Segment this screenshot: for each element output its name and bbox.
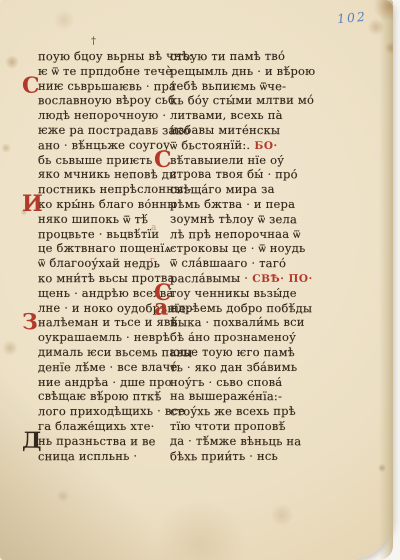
line-text: свѣща́го мира за — [170, 182, 275, 196]
manuscript-page: 102 † поую бцоу вьрны вѣ чнѣ:ѥ ѿ те прпд… — [0, 0, 393, 560]
rubric-initial: а — [154, 296, 169, 318]
line-text: денїе лѣ́ме · все влаче́ — [38, 359, 178, 373]
line-text: расла́вымы · — [170, 271, 248, 285]
rubric-text: СВѢ· ПО· — [248, 273, 313, 285]
manuscript-line: оукрашаемль · неврѣ — [38, 330, 168, 345]
manuscript-line: денїе лѣ́ме · все влаче́ — [38, 360, 168, 375]
manuscript-line: ныка · похвали́мь вси — [170, 315, 322, 330]
manuscript-line: тебѣ вьпиѥмь ѿче- — [170, 78, 322, 93]
manuscript-line: ть · яко дан зба́вимь — [170, 359, 322, 374]
cross-mark: † — [91, 36, 96, 47]
line-text: ѿ бьстоянїй:. — [170, 138, 250, 152]
line-text: свѣщаѥ вѣ́рою пткѣ́ — [38, 389, 162, 404]
line-text: сница испльнь · — [38, 448, 137, 462]
manuscript-line: стоу́хь же всехь прѣ — [170, 404, 322, 419]
line-text: ѿ благооу́хай недрь — [38, 256, 160, 271]
line-text: ко кры́нь благо во́нны — [38, 197, 177, 211]
manuscript-line: Стоу ченникы вьзы́де — [170, 286, 322, 301]
line-text: юще тоую ѥго памѣ — [170, 345, 295, 360]
manuscript-line: ѿ бьстоянїй:. БО· — [170, 138, 322, 153]
line-text: вѣ́тавыиели нїе оу́ — [170, 153, 284, 167]
manuscript-line: Зналѣеман и тьсе и явѣ́ — [38, 315, 168, 330]
line-text: кь бо́у сты́ми млтви мо́ — [170, 93, 314, 108]
line-text: ноу́гь · сьво спова́ — [170, 375, 282, 389]
folio-number: 102 — [336, 9, 367, 27]
line-text: вославноую вѣроу сьб — [38, 93, 175, 107]
line-text: зоумнѣ тѣлоу ѿ зела — [170, 211, 297, 226]
manuscript-line: Днь празньства и ве — [38, 433, 168, 448]
manuscript-line: ѥже ра пострадавь за́ко — [38, 123, 168, 138]
manuscript-line: ано · вѣ́нцьже соугоу — [38, 138, 168, 153]
manuscript-line: избавы мите́нскы — [170, 123, 322, 138]
gutter-mark: а — [151, 224, 156, 233]
manuscript-line: литвами, всехь па̀ — [170, 108, 322, 123]
manuscript-line: ноу́гь · сьво спова́ — [170, 375, 322, 390]
manuscript-line: строковы це · ѿ ноудь — [170, 241, 322, 256]
manuscript-line: стоую ти памѣ тво́ — [170, 49, 322, 64]
rubric-initial: З — [22, 312, 38, 334]
manuscript-line: Ико кры́нь благо во́нны — [38, 197, 168, 212]
line-text: няко шипокь ѿ тѣ́ — [38, 211, 148, 225]
manuscript-line: свѣщаѥ вѣ́рою пткѣ́ — [38, 389, 168, 404]
line-text: ндрѣемь добро побѣ́ды — [170, 300, 312, 315]
line-text: тоу ченникы вьзы́де — [170, 286, 297, 300]
line-text: да · тѣ́мже вѣньць на — [170, 433, 301, 448]
manuscript-line: ко мни́тѣ вьсы протва — [38, 271, 168, 286]
text-column-left: поую бцоу вьрны вѣ чнѣ:ѥ ѿ те прпдобне т… — [38, 49, 168, 463]
manuscript-line: ѿ благооу́хай недрь — [38, 256, 168, 271]
line-text: литвами, всехь па̀ — [170, 108, 283, 122]
manuscript-line: на вышераже́нїа:- — [170, 389, 322, 404]
manuscript-line: процвьте · вьцвѣ́тїи — [38, 226, 168, 241]
line-text: рѣмь бжтва · и пера — [170, 197, 295, 211]
line-text: процвьте · вьцвѣ́тїи — [38, 226, 159, 240]
manuscript-line: лѣ прѣ непорочнаа ѿ — [170, 226, 322, 241]
manuscript-line: строва твоя бы́ · про́ — [170, 167, 322, 182]
line-text: ѥже ра пострадавь за́ко — [38, 123, 190, 138]
gutter-mark: ѕ — [154, 126, 159, 135]
deckle-edge — [379, 0, 393, 560]
manuscript-line: бѣхь прии́ть · нсь — [170, 448, 322, 463]
manuscript-line: ѿ сла́вшааго · таго́ — [170, 256, 322, 271]
manuscript-line: вославноую вѣроу сьб — [38, 93, 168, 108]
manuscript-line: рещымль днь · и вѣ́рою — [170, 64, 322, 79]
manuscript-line: свѣща́го мира за — [170, 182, 322, 197]
line-text: бь сьвыше приѥть · — [38, 153, 160, 167]
line-text: тебѣ вьпиѥмь ѿче- — [170, 78, 286, 93]
manuscript-line: постникь непрѣслонны:- — [38, 182, 168, 197]
manuscript-line: юще тоую ѥго памѣ — [170, 345, 322, 360]
line-text: тїю чтоти проповѣ́ — [170, 419, 286, 433]
manuscript-line: тїю чтоти проповѣ́ — [170, 419, 322, 434]
manuscript-line: кь бо́у сты́ми млтви мо́ — [170, 93, 322, 108]
line-text: бѣ а́но прознаменоу́ — [170, 330, 296, 344]
line-text: це бжтвнаго пощенїѧ· — [38, 241, 175, 255]
line-text: ано · вѣ́нцьже соугоу — [38, 138, 170, 152]
manuscript-line: Свѣ́тавыиели нїе оу́ — [170, 153, 322, 168]
gutter-mark: г — [150, 257, 155, 266]
line-text: нь празньства и ве — [38, 433, 156, 448]
manuscript-line: рѣмь бжтва · и пера — [170, 197, 322, 212]
line-text: стоу́хь же всехь прѣ — [170, 404, 296, 418]
manuscript-line: дималь ѥси вьсемь павы — [38, 345, 168, 360]
manuscript-line: няко шипокь ѿ тѣ́ — [38, 211, 168, 226]
manuscript-line: га блаже́щихь хте· — [38, 419, 168, 434]
line-text: постникь непрѣслонны:- — [38, 182, 192, 197]
line-text: избавы мите́нскы — [170, 123, 280, 137]
manuscript-line: андрѣемь добро побѣ́ды — [170, 300, 322, 315]
line-text: оукрашаемль · неврѣ — [38, 330, 170, 344]
line-text: строва твоя бы́ · про́ — [170, 167, 298, 182]
manuscript-line: лого приходѣщихь · все — [38, 404, 168, 419]
line-text: ниѥ сьврьшаѥвь · пра́ — [38, 78, 176, 93]
line-text: на вышераже́нїа:- — [170, 389, 282, 403]
rubric-text: БО· — [250, 140, 277, 152]
manuscript-line: ѥ ѿ те прпдобне течѐ — [38, 64, 168, 79]
manuscript-line: лне · и ноко оудобрѣнїе:- — [38, 300, 168, 315]
line-text: ныка · похвали́мь вси — [170, 315, 305, 329]
manuscript-line: людѣ непорочноую · — [38, 108, 168, 123]
manuscript-line: да · тѣ́мже вѣньць на — [170, 433, 322, 448]
rubric-initial: Д — [22, 429, 42, 451]
manuscript-line: щень · андрѣю всехва́ — [38, 286, 168, 301]
manuscript-line: ние андрѣа · дше про — [38, 375, 168, 390]
line-text: ѥ ѿ те прпдобне течѐ — [38, 64, 172, 78]
line-text: лого приходѣщихь · все — [38, 404, 185, 419]
line-text: ѿ сла́вшааго · таго́ — [170, 256, 286, 271]
manuscript-line: поую бцоу вьрны вѣ чнѣ: — [38, 49, 168, 64]
line-text: людѣ непорочноую · — [38, 108, 166, 122]
line-text: ть · яко дан зба́вимь — [170, 360, 297, 374]
line-text: лѣ прѣ непорочнаа ѿ — [170, 226, 301, 240]
line-text: бѣхь прии́ть · нсь — [170, 448, 278, 462]
line-text: строковы це · ѿ ноудь — [170, 241, 305, 255]
manuscript-line: бь сьвыше приѥть · — [38, 153, 168, 168]
manuscript-line: яко мчникь неповѣ ди — [38, 167, 168, 182]
line-text: га блаже́щихь хте· — [38, 419, 154, 433]
manuscript-line: це бжтвнаго пощенїѧ· — [38, 241, 168, 256]
text-column-right: стоую ти памѣ тво́рещымль днь · и вѣ́рою… — [170, 49, 322, 463]
manuscript-photo: 102 † поую бцоу вьрны вѣ чнѣ:ѥ ѿ те прпд… — [0, 0, 400, 560]
line-text: ние андрѣа · дше про — [38, 375, 172, 389]
line-text: стоую ти памѣ тво́ — [170, 49, 285, 63]
line-text: рещымль днь · и вѣ́рою — [170, 64, 315, 78]
manuscript-line: бѣ а́но прознаменоу́ — [170, 330, 322, 345]
manuscript-line: сница испльнь · — [38, 448, 168, 463]
manuscript-line: зоумнѣ тѣлоу ѿ зела — [170, 211, 322, 226]
manuscript-line: Сниѥ сьврьшаѥвь · пра́ — [38, 78, 168, 93]
manuscript-line: расла́вымы · СВѢ· ПО· — [170, 271, 322, 286]
